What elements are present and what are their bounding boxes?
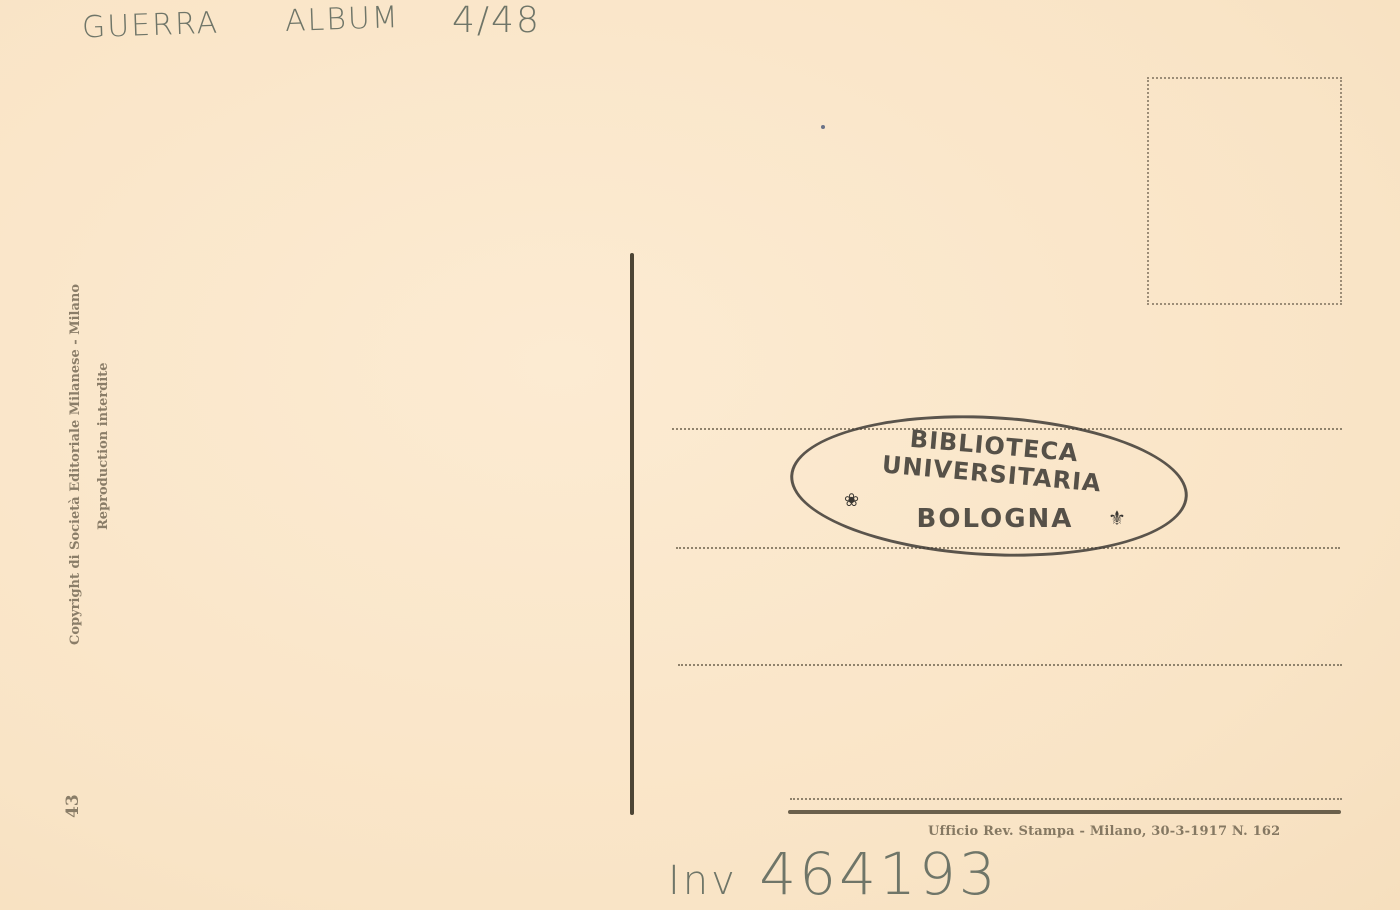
handwritten-album: ALBUM (284, 0, 400, 39)
inventory-number: 464193 (759, 840, 998, 908)
center-divider (630, 253, 634, 815)
address-line-4 (790, 798, 1342, 800)
inventory-handwriting: Inv 464193 (668, 840, 999, 908)
reproduction-notice: Reproduction interdite (96, 362, 111, 530)
inventory-prefix: Inv (668, 858, 738, 904)
handwritten-guerra: GUERRA (81, 6, 219, 46)
address-line-3 (678, 664, 1342, 666)
copyright-text: Copyright di Società Editoriale Milanese… (68, 284, 83, 645)
paper-speck (821, 125, 825, 129)
postage-stamp-box (1147, 77, 1342, 305)
stamp-ornament-left-icon: ❀ (844, 490, 859, 511)
library-stamp: BIBLIOTECA UNIVERSITARIA ❀ BOLOGNA ⚜ (790, 416, 1188, 556)
bottom-rule (788, 810, 1341, 814)
handwritten-album-number: 4/48 (452, 0, 541, 41)
stamp-ornament-right-icon: ⚜ (1108, 506, 1126, 530)
censorship-footer: Ufficio Rev. Stampa - Milano, 30-3-1917 … (928, 824, 1280, 839)
postcard-back: GUERRA ALBUM 4/48 Copyright di Società E… (0, 0, 1400, 910)
stamp-city: BOLOGNA (900, 504, 1090, 534)
card-number: 43 (63, 794, 83, 818)
